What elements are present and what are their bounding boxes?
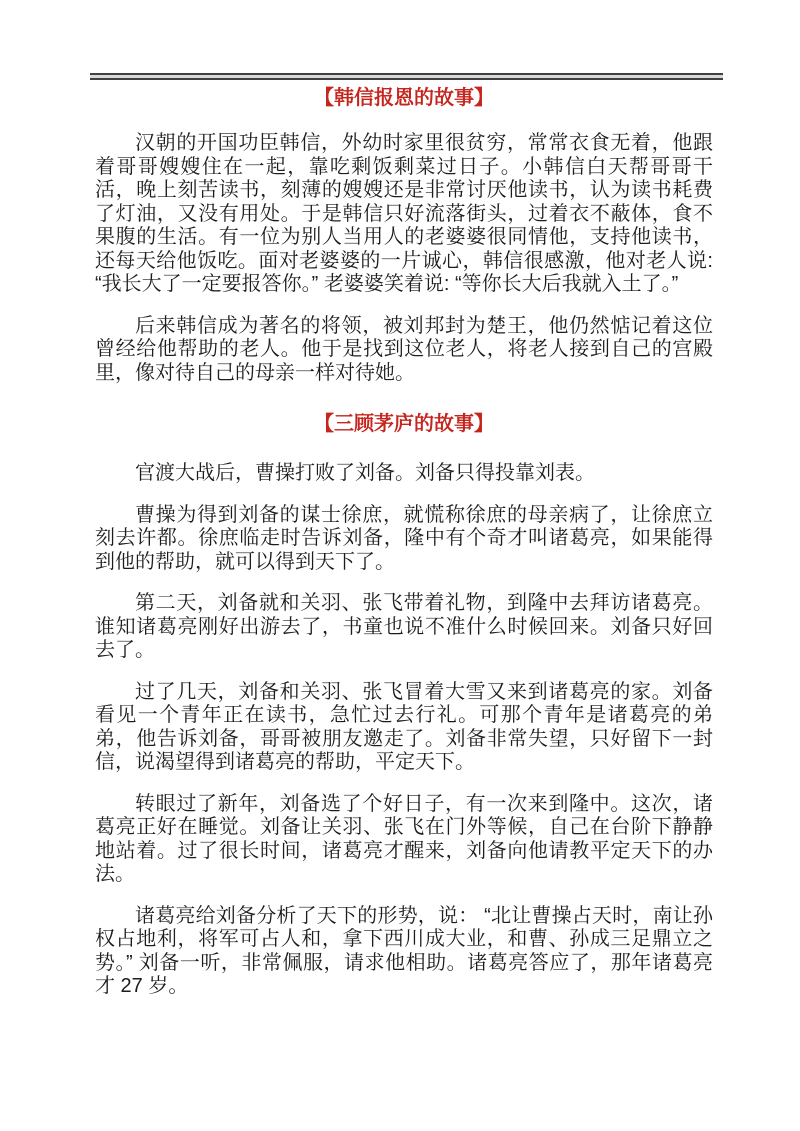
- top-double-rule: [90, 73, 723, 80]
- document-page: 【韩信报恩的故事】 汉朝的开国功臣韩信，外幼时家里很贫穷，常常衣食无着，他跟着哥…: [0, 0, 800, 1131]
- story-paragraph: 汉朝的开国功臣韩信，外幼时家里很贫穷，常常衣食无着，他跟着哥哥嫂嫂住在一起，靠吃…: [95, 132, 713, 297]
- story-title-hanxin: 【韩信报恩的故事】: [95, 87, 713, 110]
- story-title-sangumaolu: 【三顾茅庐的故事】: [95, 413, 713, 436]
- document-content: 【韩信报恩的故事】 汉朝的开国功臣韩信，外幼时家里很贫穷，常常衣食无着，他跟着哥…: [95, 87, 713, 999]
- story-paragraph: 转眼过了新年，刘备选了个好日子，有一次来到隆中。这次，诸葛亮正好在睡觉。刘备让关…: [95, 793, 713, 887]
- story-paragraph: 后来韩信成为著名的将领，被刘邦封为楚王，他仍然惦记着这位曾经给他帮助的老人。他于…: [95, 315, 713, 386]
- story-paragraph: 过了几天，刘备和关羽、张飞冒着大雪又来到诸葛亮的家。刘备看见一个青年正在读书，急…: [95, 681, 713, 775]
- story-paragraph: 诸葛亮给刘备分析了天下的形势，说： “北让曹操占天时，南让孙权占地利，将军可占人…: [95, 905, 713, 999]
- story-paragraph: 官渡大战后，曹操打败了刘备。刘备只得投靠刘表。: [95, 462, 713, 486]
- story-paragraph: 曹操为得到刘备的谋士徐庶，就慌称徐庶的母亲病了，让徐庶立刻去许都。徐庶临走时告诉…: [95, 504, 713, 575]
- story-paragraph: 第二天，刘备就和关羽、张飞带着礼物，到隆中去拜访诸葛亮。谁知诸葛亮刚好出游去了，…: [95, 592, 713, 663]
